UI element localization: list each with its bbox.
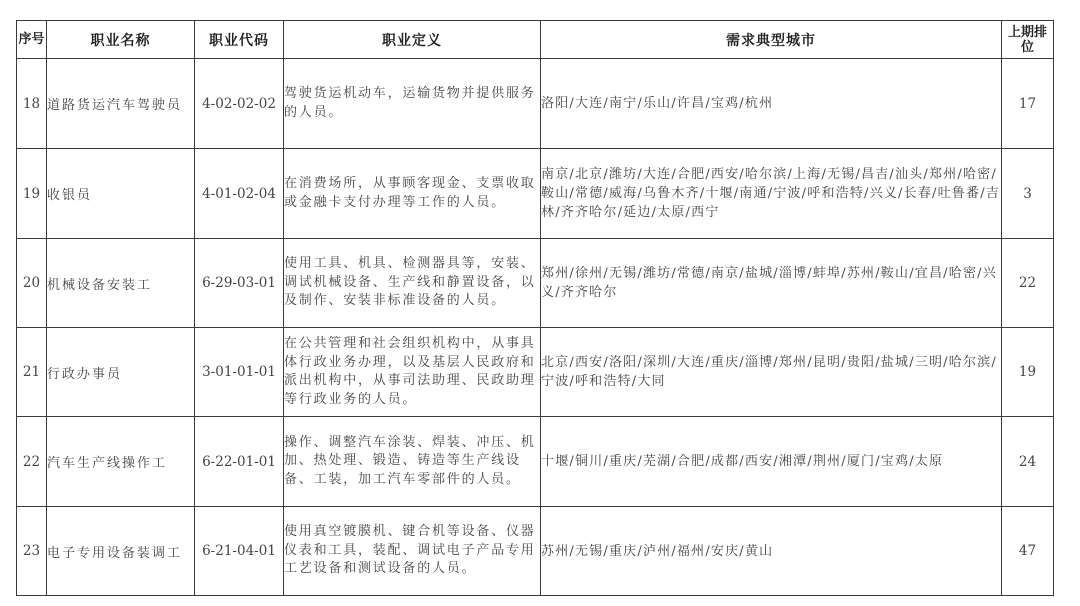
table-row: 21 行政办事员 3-01-01-01 在公共管理和社会组织机构中，从事具体行政… xyxy=(17,328,1054,417)
row-definition: 操作、调整汽车涂装、焊装、冲压、机加、热处理、锻造、铸造等生产线设备、工装，加工… xyxy=(284,417,541,507)
row-index: 23 xyxy=(17,507,47,596)
row-definition: 使用工具、机具、检测器具等，安装、调试机械设备、生产线和静置设备，以及制作、安装… xyxy=(284,239,541,328)
table-row: 18 道路货运汽车驾驶员 4-02-02-02 驾驶货运机动车，运输货物并提供服… xyxy=(17,59,1054,149)
row-occupation-name: 电子专用设备装调工 xyxy=(47,507,195,596)
row-prev-rank: 24 xyxy=(1002,417,1054,507)
header-definition: 职业定义 xyxy=(284,21,541,59)
row-definition: 在消费场所，从事顾客现金、支票收取或金融卡支付办理等工作的人员。 xyxy=(284,149,541,239)
row-occupation-name: 收银员 xyxy=(47,149,195,239)
row-prev-rank: 19 xyxy=(1002,328,1054,417)
row-occupation-name: 汽车生产线操作工 xyxy=(47,417,195,507)
row-occupation-code: 4-01-02-04 xyxy=(195,149,284,239)
row-index: 21 xyxy=(17,328,47,417)
row-occupation-code: 6-29-03-01 xyxy=(195,239,284,328)
row-cities: 北京/西安/洛阳/深圳/大连/重庆/淄博/郑州/昆明/贵阳/盐城/三明/哈尔滨/… xyxy=(541,328,1002,417)
row-cities: 郑州/徐州/无锡/潍坊/常德/南京/盐城/淄博/蚌埠/苏州/鞍山/宜昌/哈密/兴… xyxy=(541,239,1002,328)
row-occupation-code: 3-01-01-01 xyxy=(195,328,284,417)
row-cities: 十堰/铜川/重庆/芜湖/合肥/成都/西安/湘潭/荆州/厦门/宝鸡/太原 xyxy=(541,417,1002,507)
row-cities: 苏州/无锡/重庆/泸州/福州/安庆/黄山 xyxy=(541,507,1002,596)
row-occupation-name: 机械设备安装工 xyxy=(47,239,195,328)
row-index: 20 xyxy=(17,239,47,328)
table-row: 22 汽车生产线操作工 6-22-01-01 操作、调整汽车涂装、焊装、冲压、机… xyxy=(17,417,1054,507)
header-code: 职业代码 xyxy=(195,21,284,59)
table-header-row: 序号 职业名称 职业代码 职业定义 需求典型城市 上期排位 xyxy=(17,21,1054,59)
row-occupation-name: 行政办事员 xyxy=(47,328,195,417)
header-cities: 需求典型城市 xyxy=(541,21,1002,59)
row-cities: 南京/北京/潍坊/大连/合肥/西安/哈尔滨/上海/无锡/昌吉/汕头/郑州/哈密/… xyxy=(541,149,1002,239)
row-index: 19 xyxy=(17,149,47,239)
table-row: 20 机械设备安装工 6-29-03-01 使用工具、机具、检测器具等，安装、调… xyxy=(17,239,1054,328)
row-cities: 洛阳/大连/南宁/乐山/许昌/宝鸡/杭州 xyxy=(541,59,1002,149)
row-index: 18 xyxy=(17,59,47,149)
row-index: 22 xyxy=(17,417,47,507)
header-prev-rank: 上期排位 xyxy=(1002,21,1054,59)
row-occupation-code: 6-21-04-01 xyxy=(195,507,284,596)
row-occupation-code: 4-02-02-02 xyxy=(195,59,284,149)
header-name: 职业名称 xyxy=(47,21,195,59)
row-occupation-name: 道路货运汽车驾驶员 xyxy=(47,59,195,149)
row-prev-rank: 3 xyxy=(1002,149,1054,239)
row-prev-rank: 22 xyxy=(1002,239,1054,328)
table-row: 23 电子专用设备装调工 6-21-04-01 使用真空镀膜机、键合机等设备、仪… xyxy=(17,507,1054,596)
row-definition: 在公共管理和社会组织机构中，从事具体行政业务办理，以及基层人民政府和派出机构中，… xyxy=(284,328,541,417)
row-definition: 驾驶货运机动车，运输货物并提供服务的人员。 xyxy=(284,59,541,149)
row-prev-rank: 47 xyxy=(1002,507,1054,596)
row-definition: 使用真空镀膜机、键合机等设备、仪器仪表和工具，装配、调试电子产品专用工艺设备和测… xyxy=(284,507,541,596)
row-prev-rank: 17 xyxy=(1002,59,1054,149)
row-occupation-code: 6-22-01-01 xyxy=(195,417,284,507)
header-index: 序号 xyxy=(17,21,47,59)
occupation-table: 序号 职业名称 职业代码 职业定义 需求典型城市 上期排位 18 道路货运汽车驾… xyxy=(16,20,1054,596)
table-row: 19 收银员 4-01-02-04 在消费场所，从事顾客现金、支票收取或金融卡支… xyxy=(17,149,1054,239)
